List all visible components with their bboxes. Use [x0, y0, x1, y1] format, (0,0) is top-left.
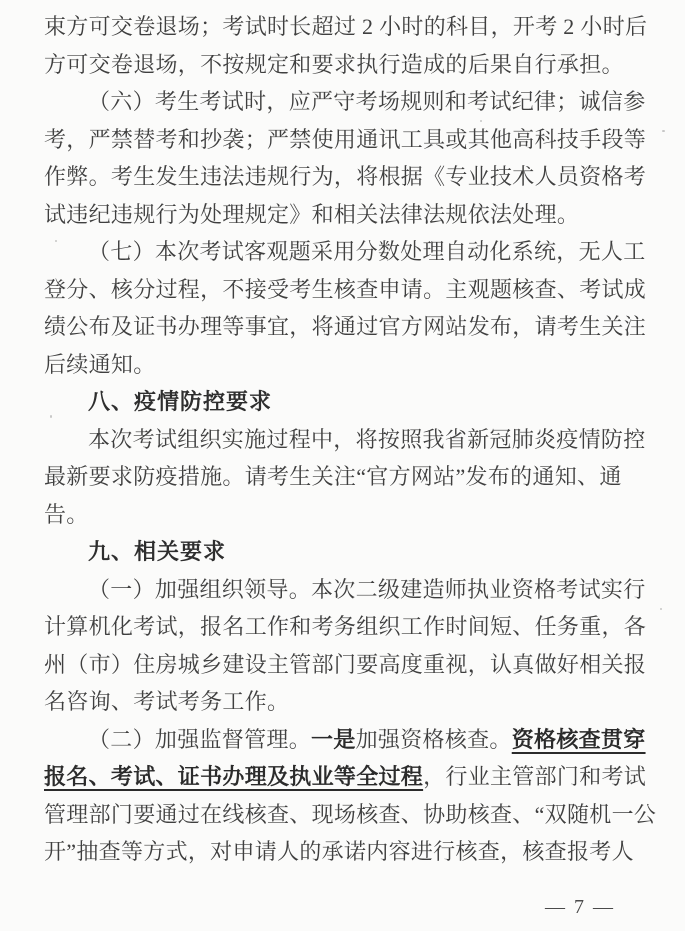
scanned-document-page: 束方可交卷退场；考试时长超过 2 小时的科目，开考 2 小时后方可交卷退场，不按…: [0, 0, 685, 931]
text-line: （一）加强组织领导。本次二级建造师执业资格考试实行: [44, 571, 644, 609]
text-line: 方可交卷退场，不按规定和要求执行造成的后果自行承担。: [44, 46, 644, 84]
text-segment: 束方可交卷退场；考试时长超过 2 小时的科目，开考 2 小时后: [44, 14, 647, 39]
text-segment: 登分、核分过程，不接受考生核查申请。主观题核查、考试成: [44, 277, 646, 302]
text-segment: 考，严禁替考和抄袭；严禁使用通讯工具或其他高科技手段等: [44, 127, 646, 152]
scan-speck: [480, 120, 482, 122]
text-line: 最新要求防疫措施。请考生关注“官方网站”发布的通知、通: [44, 458, 644, 496]
text-segment: （六）考生考试时，应严守考场规则和考试纪律；诚信参: [88, 89, 646, 114]
text-segment: 作弊。考生发生违法违规行为，将根据《专业技术人员资格考: [44, 164, 646, 189]
text-segment: 后续通知。: [44, 352, 156, 377]
text-segment: ，行业主管部门和考试: [423, 764, 646, 789]
text-segment: 计算机化考试，报名工作和考务组织工作时间短、任务重，各: [44, 614, 646, 639]
text-segment: 最新要求防疫措施。请考生关注“官方网站”发布的通知、通: [44, 464, 622, 489]
text-line: 本次考试组织实施过程中，将按照我省新冠肺炎疫情防控: [44, 421, 644, 459]
text-line: 告。: [44, 496, 644, 534]
text-segment: 资格核查贯穿: [512, 727, 646, 752]
section-heading: 八、疫情防控要求: [88, 389, 272, 414]
text-segment: 绩公布及证书办理等事宜，将通过官方网站发布，请考生关注: [44, 314, 646, 339]
text-segment: 报名、考试、证书办理及执业等全过程: [44, 764, 423, 789]
text-line: （六）考生考试时，应严守考场规则和考试纪律；诚信参: [44, 83, 644, 121]
text-line: 登分、核分过程，不接受考生核查申请。主观题核查、考试成: [44, 271, 644, 309]
text-line: 后续通知。: [44, 346, 644, 384]
scan-speck: [55, 240, 57, 242]
scan-speck: [662, 130, 665, 132]
text-segment: 一是: [311, 727, 356, 752]
text-line: 名咨询、考试考务工作。: [44, 683, 644, 721]
text-segment: 管理部门要通过在线核查、现场核查、协助核查、“双随机一公: [44, 802, 656, 827]
text-line: 报名、考试、证书办理及执业等全过程，行业主管部门和考试: [44, 758, 644, 796]
text-line: （二）加强监督管理。一是加强资格核查。资格核查贯穿: [44, 721, 644, 759]
text-segment: 名咨询、考试考务工作。: [44, 689, 289, 714]
text-segment: （七）本次考试客观题采用分数处理自动化系统，无人工: [88, 239, 646, 264]
text-line: 束方可交卷退场；考试时长超过 2 小时的科目，开考 2 小时后: [44, 8, 644, 46]
text-line: （七）本次考试客观题采用分数处理自动化系统，无人工: [44, 233, 644, 271]
text-segment: 加强资格核查。: [356, 727, 512, 752]
page-number: — 7 —: [545, 896, 615, 919]
scan-speck: [96, 16, 99, 18]
text-segment: 试违纪违规行为处理规定》和相关法律法规依法处理。: [44, 202, 579, 227]
scan-speck: [50, 415, 52, 418]
text-segment: （一）加强组织领导。本次二级建造师执业资格考试实行: [88, 577, 646, 602]
text-line: 试违纪违规行为处理规定》和相关法律法规依法处理。: [44, 196, 644, 234]
scan-speck: [660, 608, 662, 610]
section-heading: 九、相关要求: [88, 539, 226, 564]
text-segment: 本次考试组织实施过程中，将按照我省新冠肺炎疫情防控: [88, 427, 646, 452]
text-line: 计算机化考试，报名工作和考务组织工作时间短、任务重，各: [44, 608, 644, 646]
text-line: 作弊。考生发生违法违规行为，将根据《专业技术人员资格考: [44, 158, 644, 196]
text-segment: （二）加强监督管理。: [88, 727, 311, 752]
text-line: 绩公布及证书办理等事宜，将通过官方网站发布，请考生关注: [44, 308, 644, 346]
text-line: 九、相关要求: [44, 533, 644, 571]
text-line: 管理部门要通过在线核查、现场核查、协助核查、“双随机一公: [44, 796, 644, 834]
text-segment: 告。: [44, 502, 89, 527]
text-segment: 州（市）住房城乡建设主管部门要高度重视，认真做好相关报: [44, 652, 646, 677]
text-line: 开”抽查等方式，对申请人的承诺内容进行核查，核查报考人: [44, 833, 644, 871]
text-segment: 开”抽查等方式，对申请人的承诺内容进行核查，核查报考人: [44, 839, 634, 864]
text-line: 州（市）住房城乡建设主管部门要高度重视，认真做好相关报: [44, 646, 644, 684]
document-body: 束方可交卷退场；考试时长超过 2 小时的科目，开考 2 小时后方可交卷退场，不按…: [44, 8, 644, 871]
text-segment: 方可交卷退场，不按规定和要求执行造成的后果自行承担。: [44, 52, 624, 77]
text-line: 八、疫情防控要求: [44, 383, 644, 421]
text-line: 考，严禁替考和抄袭；严禁使用通讯工具或其他高科技手段等: [44, 121, 644, 159]
